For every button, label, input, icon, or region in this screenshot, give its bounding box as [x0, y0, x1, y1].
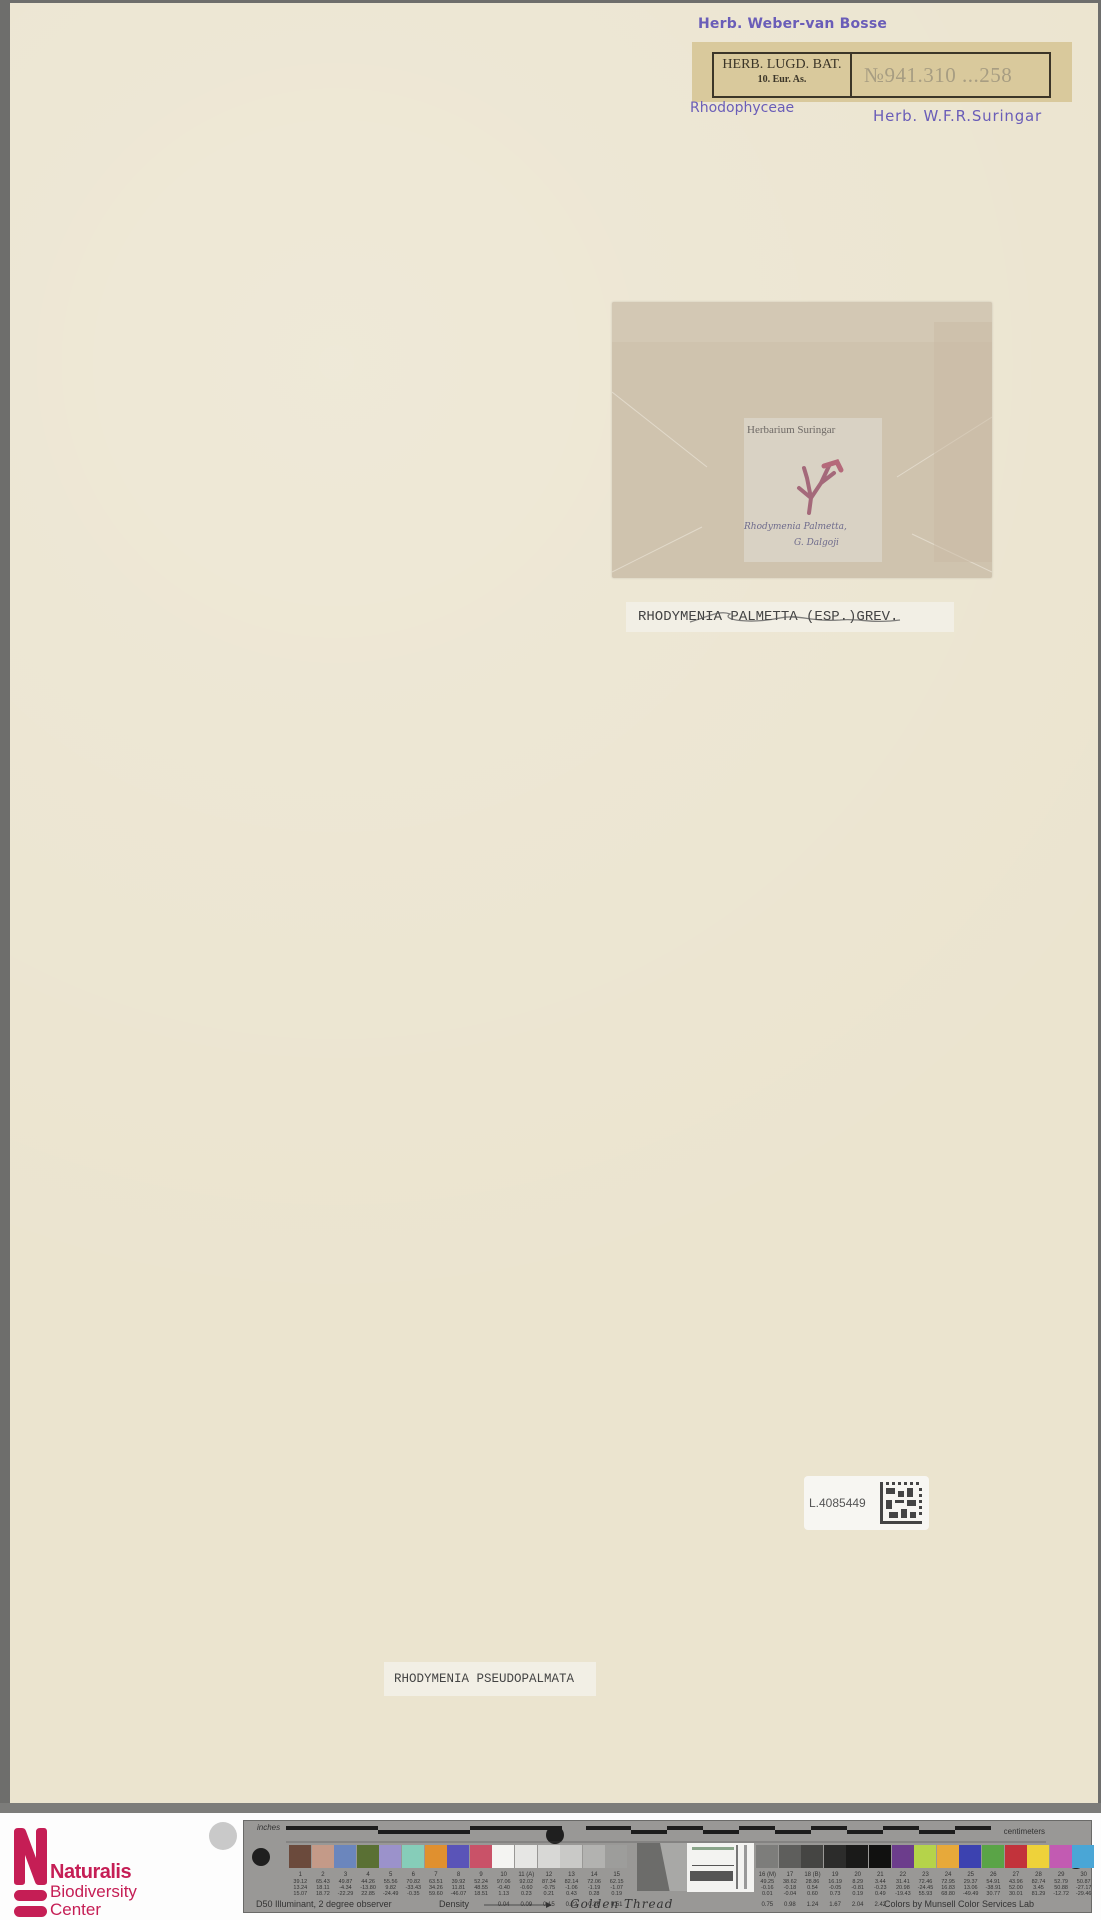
- naturalis-logo: Naturalis Biodiversity Center: [12, 1828, 48, 1920]
- patch-lab-values: 52.79 50.88 -12.72: [1050, 1879, 1073, 1897]
- patch-lab-values: 16.19 -0.05 0.73: [824, 1879, 847, 1897]
- color-patch: [470, 1845, 492, 1868]
- patch-lab-values: 72.95 16.83 68.80: [937, 1879, 960, 1897]
- color-patch: [1072, 1845, 1094, 1868]
- patch-number: 14: [583, 1872, 606, 1878]
- patch-number: 23: [914, 1872, 937, 1878]
- herbarium-number: №941.310 ...258: [864, 63, 1012, 88]
- herbarium-label-line1: HERB. LUGD. BAT.: [714, 57, 850, 73]
- algae-specimen-icon: [779, 458, 849, 518]
- patch-number: 9: [470, 1872, 493, 1878]
- color-patch: [1050, 1845, 1072, 1868]
- ruler-strip: [0, 1803, 1101, 1813]
- color-patch: [605, 1845, 627, 1868]
- patch-number: 10: [492, 1872, 515, 1878]
- color-patch: [379, 1845, 401, 1868]
- patch-lab-values: 3.44 -0.23 0.49: [869, 1879, 892, 1897]
- density-label: Density: [439, 1899, 469, 1909]
- color-patch: [447, 1845, 469, 1868]
- patch-lab-values: 97.06 -0.40 1.13: [492, 1879, 515, 1897]
- color-patch: [357, 1845, 379, 1868]
- patch-lab-values: 49.87 -4.34 -22.29: [334, 1879, 357, 1897]
- color-patch: [982, 1845, 1004, 1868]
- ruler-scale: [286, 1826, 1046, 1844]
- patch-density: 1.24: [801, 1902, 824, 1908]
- herbarium-sheet: [10, 3, 1098, 1803]
- patch-lab-values: 55.56 9.82 -24.49: [379, 1879, 402, 1897]
- patch-lab-values: 72.06 -1.19 0.28: [583, 1879, 606, 1897]
- color-patch: [515, 1845, 537, 1868]
- patch-number: 3: [334, 1872, 357, 1878]
- patch-lab-values: 82.14 -1.06 0.43: [560, 1879, 583, 1897]
- patch-number: 20: [846, 1872, 869, 1878]
- patch-lab-values: 62.15 -1.07 0.19: [605, 1879, 628, 1897]
- patch-number: 1: [289, 1872, 312, 1878]
- color-calibration-card: inches centimeters 139.12 13.24 15.07265…: [243, 1820, 1092, 1913]
- envelope-handwriting-1: Rhodymenia Palmetta,: [744, 522, 847, 532]
- color-patch: [756, 1845, 778, 1868]
- herbarium-label-line2: 10. Eur. As.: [714, 74, 850, 85]
- typed-label-current-determination: RHODYMENIA PSEUDOPALMATA: [384, 1662, 596, 1696]
- color-patch: [801, 1845, 823, 1868]
- patch-lab-values: 38.62 -0.18 -0.04: [779, 1879, 802, 1897]
- patch-lab-values: 39.92 11.81 -46.07: [447, 1879, 470, 1897]
- color-patch: [959, 1845, 981, 1868]
- color-patch: [289, 1845, 311, 1868]
- patch-number: 28: [1027, 1872, 1050, 1878]
- patch-number: 17: [779, 1872, 802, 1878]
- color-patch: [334, 1845, 356, 1868]
- patch-lab-values: 92.02 -0.60 0.23: [515, 1879, 538, 1897]
- color-patch: [937, 1845, 959, 1868]
- patch-lab-values: 65.43 18.11 18.72: [312, 1879, 335, 1897]
- patch-lab-values: 50.87 -27.17 -29.46: [1072, 1879, 1095, 1897]
- patch-lab-values: 63.51 34.26 59.60: [425, 1879, 448, 1897]
- patch-number: 24: [937, 1872, 960, 1878]
- patch-number: 25: [959, 1872, 982, 1878]
- color-patch: [869, 1845, 891, 1868]
- specimen-envelope[interactable]: Herbarium Suringar Rhodymenia Palmetta, …: [612, 302, 992, 578]
- patch-lab-values: 28.86 0.54 0.60: [801, 1879, 824, 1897]
- patch-number: 12: [538, 1872, 561, 1878]
- patch-lab-values: 43.96 52.00 30.01: [1005, 1879, 1028, 1897]
- patch-lab-values: 29.37 13.06 -49.49: [959, 1879, 982, 1897]
- munsell-credit: Colors by Munsell Color Services Lab: [884, 1899, 1034, 1909]
- herbarium-label-box: HERB. LUGD. BAT. 10. Eur. As. №941.310 .…: [712, 52, 1051, 98]
- patch-number: 15: [605, 1872, 628, 1878]
- stamp-weber-van-bosse: Herb. Weber-van Bosse: [698, 16, 887, 32]
- gray-reference-dot: [209, 1822, 237, 1850]
- barcode-label: L.4085449: [804, 1476, 929, 1530]
- envelope-handwriting-2: G. Dalgoji: [794, 538, 839, 548]
- patch-lab-values: 44.26 -13.80 22.85: [357, 1879, 380, 1897]
- barcode-number: L.4085449: [809, 1496, 866, 1510]
- patch-lab-values: 49.25 -0.16 0.01: [756, 1879, 779, 1897]
- color-patch: [846, 1845, 868, 1868]
- color-patch: [492, 1845, 514, 1868]
- patch-number: 30: [1072, 1872, 1095, 1878]
- envelope-header: Herbarium Suringar: [747, 424, 835, 436]
- color-patch: [560, 1845, 582, 1868]
- color-patch: [779, 1845, 801, 1868]
- color-patch: [914, 1845, 936, 1868]
- patch-density: 0.75: [756, 1902, 779, 1908]
- herbarium-label-institution: HERB. LUGD. BAT. 10. Eur. As.: [714, 54, 852, 96]
- patch-lab-values: 8.29 -0.81 0.19: [846, 1879, 869, 1897]
- patch-lab-values: 54.91 -38.91 30.77: [982, 1879, 1005, 1897]
- color-patch: [824, 1845, 846, 1868]
- patch-number: 11 (A): [515, 1872, 538, 1878]
- patch-number: 2: [312, 1872, 335, 1878]
- color-patch: [892, 1845, 914, 1868]
- color-patch: [402, 1845, 424, 1868]
- arrow-right-icon: [484, 1901, 554, 1909]
- registration-dot-left: [252, 1848, 270, 1866]
- strike-through-scribble: [650, 606, 930, 630]
- color-patch: [1027, 1845, 1049, 1868]
- patch-number: 16 (M): [756, 1872, 779, 1878]
- datamatrix-icon: [880, 1482, 922, 1524]
- patch-lab-values: 82.74 3.45 81.29: [1027, 1879, 1050, 1897]
- patch-number: 4: [357, 1872, 380, 1878]
- color-patch: [583, 1845, 605, 1868]
- resolution-target: [687, 1843, 754, 1892]
- patch-number: 5: [379, 1872, 402, 1878]
- logo-brand: Naturalis: [50, 1861, 131, 1884]
- naturalis-n-icon: [12, 1828, 48, 1920]
- units-inches: inches: [257, 1823, 280, 1832]
- logo-subtitle-1: Biodiversity: [50, 1882, 137, 1902]
- patch-lab-values: 72.46 -24.45 55.93: [914, 1879, 937, 1897]
- patch-number: 8: [447, 1872, 470, 1878]
- logo-subtitle-2: Center: [50, 1900, 101, 1920]
- patch-lab-values: 31.41 20.98 -19.43: [892, 1879, 915, 1897]
- patch-density: 0.98: [779, 1902, 802, 1908]
- patch-number: 7: [425, 1872, 448, 1878]
- patch-number: 29: [1050, 1872, 1073, 1878]
- patch-number: 13: [560, 1872, 583, 1878]
- stamp-rhodophyceae: Rhodophyceae: [690, 100, 794, 116]
- color-patch: [312, 1845, 334, 1868]
- color-patch: [538, 1845, 560, 1868]
- patch-number: 6: [402, 1872, 425, 1878]
- patch-number: 21: [869, 1872, 892, 1878]
- patch-lab-values: 52.24 48.55 18.51: [470, 1879, 493, 1897]
- golden-thread-brand: Golden Thread: [570, 1897, 673, 1911]
- color-patch: [425, 1845, 447, 1868]
- patch-density: 1.67: [824, 1902, 847, 1908]
- patch-lab-values: 39.12 13.24 15.07: [289, 1879, 312, 1897]
- envelope-window-label: Herbarium Suringar Rhodymenia Palmetta, …: [744, 418, 882, 562]
- color-patch: [1005, 1845, 1027, 1868]
- patch-lab-values: 87.34 -0.75 0.21: [538, 1879, 561, 1897]
- patch-number: 18 (B): [801, 1872, 824, 1878]
- patch-number: 19: [824, 1872, 847, 1878]
- illuminant-text: D50 Illuminant, 2 degree observer: [256, 1899, 392, 1909]
- patch-number: 22: [892, 1872, 915, 1878]
- patch-lab-values: 70.82 -33.43 -0.35: [402, 1879, 425, 1897]
- herbarium-label: HERB. LUGD. BAT. 10. Eur. As. №941.310 .…: [692, 42, 1072, 102]
- patch-number: 27: [1005, 1872, 1028, 1878]
- patch-density: 2.04: [846, 1902, 869, 1908]
- stamp-suringar: Herb. W.F.R.Suringar: [873, 107, 1042, 125]
- patch-number: 26: [982, 1872, 1005, 1878]
